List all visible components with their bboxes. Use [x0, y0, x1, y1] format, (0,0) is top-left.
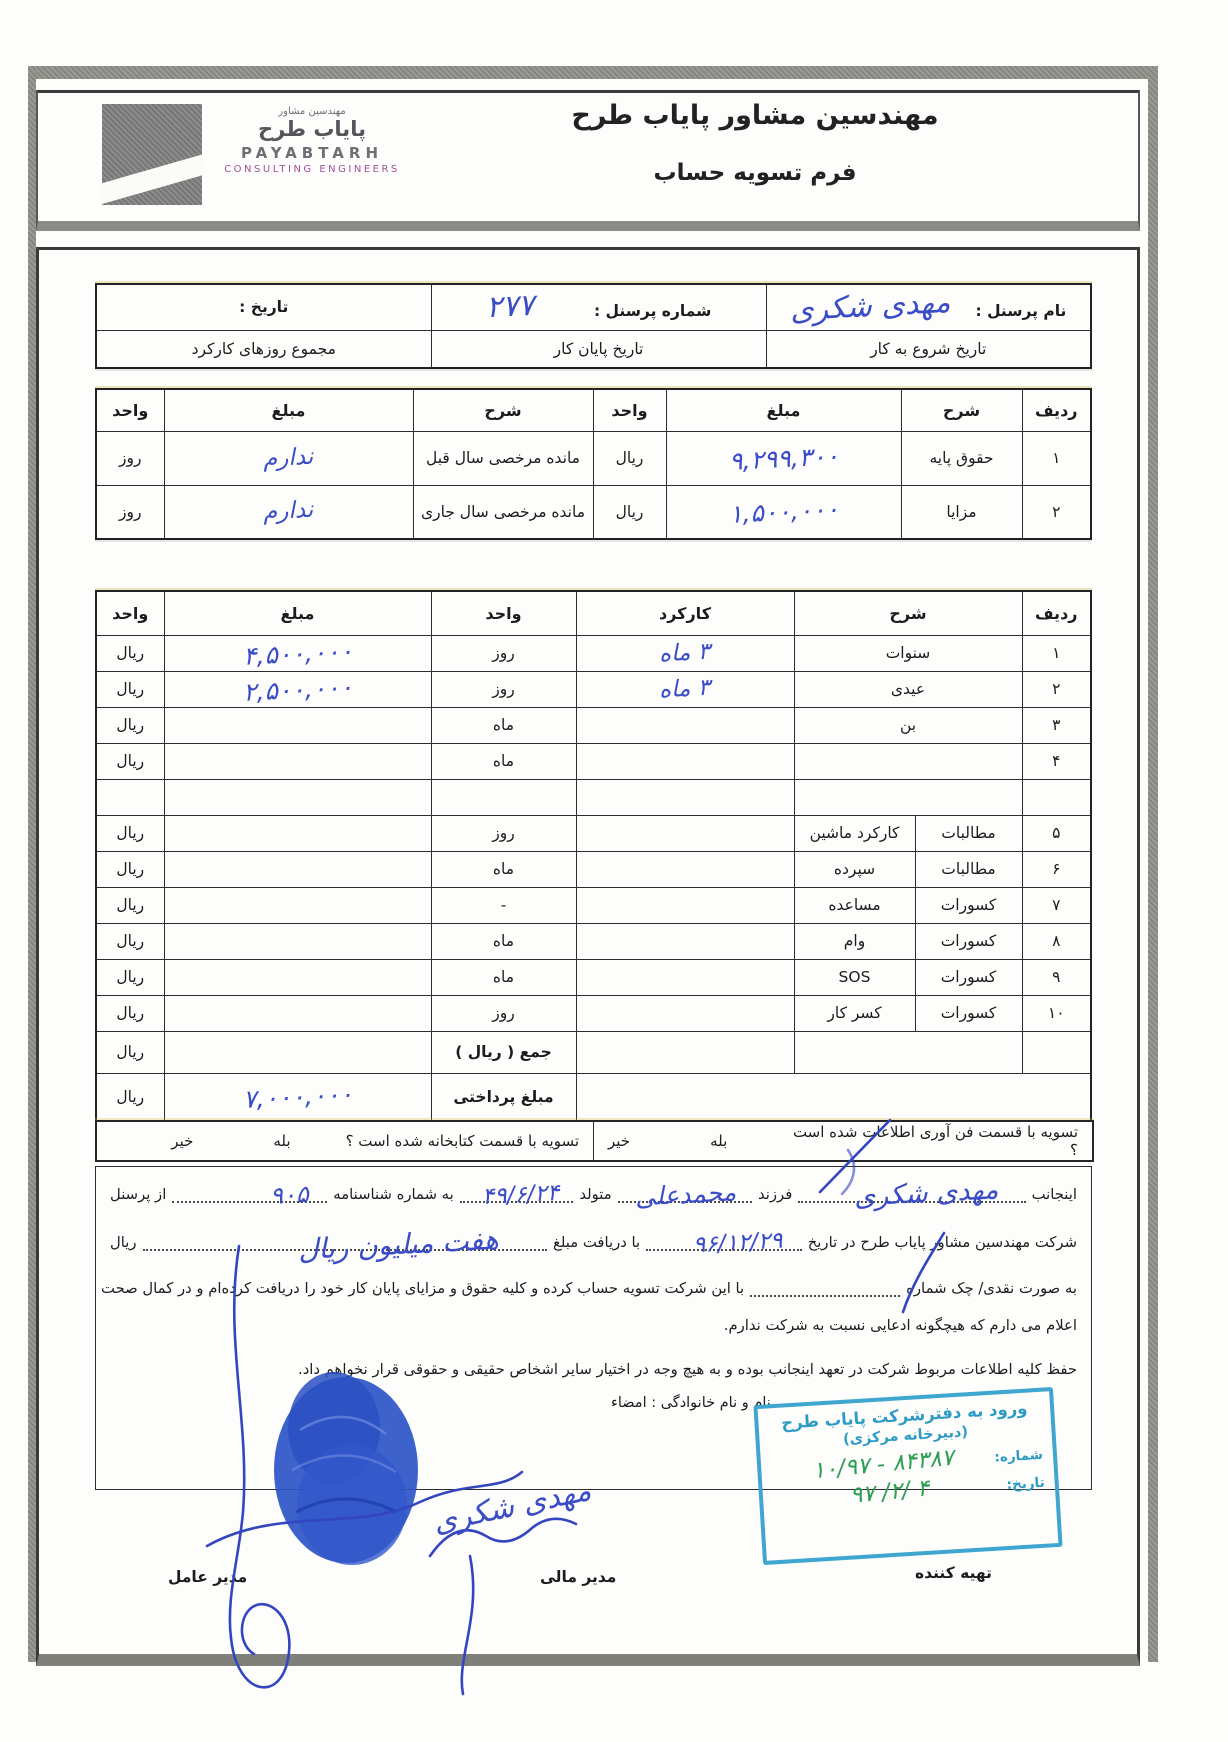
decl-cheque-blank — [750, 1279, 900, 1297]
decl-name-blank: مهدی شکری — [798, 1185, 1025, 1203]
personnel-number-label: شماره پرسنل : — [594, 302, 711, 320]
logo-stripe — [102, 151, 202, 205]
cell-item: بن — [794, 707, 1022, 743]
item-row-2: ۲ عیدی ۳ ماه روز ۲,۵۰۰,۰۰۰ ریال — [96, 671, 1091, 707]
personnel-row-1: نام پرسنل : مهدی شکری شماره پرسنل : ۲۷۷ … — [96, 284, 1091, 330]
cell-category: کسورات — [915, 887, 1022, 923]
cell-item — [794, 743, 1022, 779]
salary-h-row: ردیف — [1022, 389, 1091, 431]
cell-row-no: ۲ — [1022, 485, 1091, 539]
ceo-label: مدیر عامل — [168, 1568, 247, 1586]
cell-row-no: ۶ — [1022, 851, 1091, 887]
library-yes-option: بله — [273, 1132, 290, 1150]
it-no-option: خیر — [608, 1132, 630, 1150]
paid-amount-cell: ۷,۰۰۰,۰۰۰ — [164, 1073, 431, 1121]
scanned-settlement-form: مهندسین مشاور پایاب طرح PAYABTARH CONSUL… — [0, 0, 1228, 1742]
salary-h-amount2: مبلغ — [164, 389, 413, 431]
decl-l3-b: با این شرکت تسویه حساب کرده و کلیه حقوق … — [101, 1280, 744, 1297]
cell-desc2: مانده مرخصی سال قبل — [413, 431, 593, 485]
cell-work — [576, 779, 794, 815]
cell-category: مطالبات — [915, 851, 1022, 887]
decl-amount-handwriting: هفت میلیون ریال — [297, 1226, 499, 1264]
cell-unit2 — [96, 779, 164, 815]
cell-unit: روز — [431, 635, 576, 671]
declaration-line-1: اینجانب مهدی شکری فرزند محمدعلی متولد ۴۹… — [110, 1185, 1077, 1203]
cell-row-no: ۴ — [1022, 743, 1091, 779]
personnel-number-cell: شماره پرسنل : ۲۷۷ — [431, 284, 766, 330]
cell-row-no: ۸ — [1022, 923, 1091, 959]
leave-current-year-handwriting: ندارم — [263, 499, 314, 525]
office-entry-stamp: ورود به دفترشرکت پایاب طرح (دبیرخانه مرک… — [753, 1387, 1062, 1565]
item-row-spacer — [96, 779, 1091, 815]
cell-work: ۳ ماه — [576, 671, 794, 707]
signature-name-label: نام و نام خانوادگی : امضاء — [611, 1395, 771, 1411]
base-salary-amount-handwriting: ۹,۲۹۹,۳۰۰ — [728, 443, 839, 474]
cell-amount — [164, 815, 431, 851]
cell-unit: ماه — [431, 851, 576, 887]
cell-unit2: روز — [96, 485, 164, 539]
logo-fa-big: پایاب طرح — [212, 117, 412, 141]
cell-unit2: ریال — [96, 995, 164, 1031]
declaration-line-4: اعلام می دارم که هیچگونه ادعایی نسبت به … — [110, 1317, 1077, 1334]
cell-unit: ماه — [431, 743, 576, 779]
cell-unit2: ریال — [96, 851, 164, 887]
salary-h-desc2: شرح — [413, 389, 593, 431]
cell-amount — [164, 743, 431, 779]
personnel-info-table: نام پرسنل : مهدی شکری شماره پرسنل : ۲۷۷ … — [95, 283, 1092, 369]
cell-item — [794, 779, 1022, 815]
clearance-questions-row: تسویه با قسمت فن آوری اطلاعات شده است ؟ … — [95, 1120, 1094, 1162]
decl-l2-c: ریال — [110, 1234, 137, 1251]
logo-text-block: مهندسین مشاور پایاب طرح PAYABTARH CONSUL… — [212, 106, 412, 175]
stamp-date-label: تاریخ: — [1006, 1475, 1045, 1493]
cell-row-no: ۱۰ — [1022, 995, 1091, 1031]
decl-birth-handwriting: ۴۹/۶/۲۴ — [482, 1182, 560, 1209]
cell-unit: روز — [431, 671, 576, 707]
declaration-line-2: شرکت مهندسین مشاور پایاب طرح در تاریخ ۹۶… — [110, 1233, 1077, 1251]
scan-frame-right — [1148, 66, 1158, 1662]
cell-work — [576, 959, 794, 995]
cell-unit — [431, 779, 576, 815]
cell-item: SOS — [794, 959, 915, 995]
cell-row-no: ۹ — [1022, 959, 1091, 995]
item-row-10: ۱۰ کسورات کسر کار روز ریال — [96, 995, 1091, 1031]
stamp-number-label: شماره: — [994, 1447, 1043, 1466]
cell-desc2: مانده مرخصی سال جاری — [413, 485, 593, 539]
cell-category: مطالبات — [915, 815, 1022, 851]
cell-amount — [164, 887, 431, 923]
cell-unit: روز — [431, 995, 576, 1031]
cell-unit: ریال — [593, 485, 666, 539]
cell-unit2: ریال — [96, 743, 164, 779]
seniority-work-handwriting: ۳ ماه — [659, 640, 711, 666]
cell-row-no: ۱ — [1022, 431, 1091, 485]
salary-row-1: ۱ حقوق پایه ۹,۲۹۹,۳۰۰ ریال مانده مرخصی س… — [96, 431, 1091, 485]
company-logo-icon — [102, 104, 202, 205]
decl-date-blank: ۹۶/۱۲/۲۹ — [646, 1233, 802, 1251]
cell-amount — [164, 851, 431, 887]
it-yes-option: بله — [710, 1132, 727, 1150]
date-label: تاریخ : — [239, 298, 288, 316]
date-cell: تاریخ : — [96, 284, 431, 330]
cell-item: کارکرد ماشین — [794, 815, 915, 851]
salary-h-desc: شرح — [901, 389, 1022, 431]
cell-amount — [164, 995, 431, 1031]
decl-l3-a: به صورت نقدی/ چک شماره — [906, 1280, 1077, 1297]
end-date-cell: تاریخ پایان کار — [431, 330, 766, 368]
cell-amount: ۱,۵۰۰,۰۰۰ — [666, 485, 901, 539]
decl-amount-blank: هفت میلیون ریال — [143, 1233, 547, 1251]
decl-l1-c: متولد — [579, 1186, 611, 1203]
personnel-name-handwriting: مهدی شکری — [789, 288, 951, 326]
cell-unit2: ریال — [96, 635, 164, 671]
paid-row: مبلغ پرداختی ۷,۰۰۰,۰۰۰ ریال — [96, 1073, 1091, 1121]
logo-en-name: PAYABTARH — [212, 144, 412, 162]
cell-unit: ماه — [431, 959, 576, 995]
cell-work — [576, 995, 794, 1031]
cell-amount — [164, 779, 431, 815]
cell-unit: روز — [431, 815, 576, 851]
item-row-4: ۴ ماه ریال — [96, 743, 1091, 779]
cell-work — [576, 1031, 794, 1073]
cell-row-no: ۳ — [1022, 707, 1091, 743]
cell-category: کسورات — [915, 923, 1022, 959]
items-h-unit: واحد — [431, 591, 576, 635]
item-row-6: ۶ مطالبات سپرده ماه ریال — [96, 851, 1091, 887]
logo-en-tagline: CONSULTING ENGINEERS — [212, 164, 412, 175]
decl-l2-a: شرکت مهندسین مشاور پایاب طرح در تاریخ — [808, 1234, 1077, 1251]
cell-item: مساعده — [794, 887, 915, 923]
paid-unit-cell: ریال — [96, 1073, 164, 1121]
cell-amount — [164, 923, 431, 959]
cell-item: عیدی — [794, 671, 1022, 707]
paid-amount-handwriting: ۷,۰۰۰,۰۰۰ — [242, 1081, 353, 1112]
library-clearance-question: تسویه با قسمت کتابخانه شده است ؟ بله خیر — [97, 1122, 593, 1160]
leave-prev-year-handwriting: ندارم — [263, 445, 314, 471]
cell-item — [794, 1031, 1022, 1073]
cell-unit: ریال — [593, 431, 666, 485]
settlement-items-table: ردیف شرح کارکرد واحد مبلغ واحد ۱ سنوات ۳… — [95, 590, 1092, 1122]
stamp-date-handwriting: ۹۷ /۲/ ۴ — [849, 1475, 931, 1509]
personnel-name-label: نام پرسنل : — [975, 302, 1066, 320]
cell-category: کسورات — [915, 995, 1022, 1031]
scan-frame-left — [28, 66, 36, 1662]
cell-row-no: ۷ — [1022, 887, 1091, 923]
finance-manager-label: مدیر مالی — [540, 1568, 616, 1586]
cell-amount — [164, 707, 431, 743]
cell-work — [576, 887, 794, 923]
cell-work — [576, 707, 794, 743]
personnel-number-handwriting: ۲۷۷ — [485, 291, 535, 323]
scan-frame-top — [28, 66, 1158, 79]
start-date-cell: تاریخ شروع به کار — [766, 330, 1091, 368]
decl-id-blank: ۹۰۵ — [172, 1185, 327, 1203]
cell-item: سپرده — [794, 851, 915, 887]
cell-unit: - — [431, 887, 576, 923]
salary-h-amount: مبلغ — [666, 389, 901, 431]
cell-item: وام — [794, 923, 915, 959]
cell-amount2: ندارم — [164, 485, 413, 539]
cell-amount: ۴,۵۰۰,۰۰۰ — [164, 635, 431, 671]
decl-l1-e: از پرسنل — [110, 1186, 166, 1203]
logo-fa-small: مهندسین مشاور — [212, 106, 412, 117]
eydi-work-handwriting: ۳ ماه — [659, 676, 711, 702]
cell-row-no: ۲ — [1022, 671, 1091, 707]
cell-work — [576, 923, 794, 959]
items-h-unit2: واحد — [96, 591, 164, 635]
document-title: مهندسین مشاور پایاب طرح — [555, 100, 955, 131]
decl-birth-blank: ۴۹/۶/۲۴ — [460, 1185, 574, 1203]
sum-unit-cell: ریال — [96, 1031, 164, 1073]
cell-item: کسر کار — [794, 995, 915, 1031]
cell-row-no — [1022, 779, 1091, 815]
salary-h-unit: واحد — [593, 389, 666, 431]
item-row-8: ۸ کسورات وام ماه ریال — [96, 923, 1091, 959]
salary-table: ردیف شرح مبلغ واحد شرح مبلغ واحد ۱ حقوق … — [95, 388, 1092, 540]
cell-work — [576, 743, 794, 779]
eydi-amount-handwriting: ۲,۵۰۰,۰۰۰ — [242, 674, 353, 705]
salary-header-row: ردیف شرح مبلغ واحد شرح مبلغ واحد — [96, 389, 1091, 431]
item-row-1: ۱ سنوات ۳ ماه روز ۴,۵۰۰,۰۰۰ ریال — [96, 635, 1091, 671]
library-no-option: خیر — [171, 1132, 193, 1150]
cell-unit2: ریال — [96, 671, 164, 707]
decl-l2-b: با دریافت مبلغ — [553, 1234, 640, 1251]
cell-unit2: ریال — [96, 815, 164, 851]
cell-unit2: ریال — [96, 959, 164, 995]
item-row-7: ۷ کسورات مساعده - ریال — [96, 887, 1091, 923]
cell-amount: ۲,۵۰۰,۰۰۰ — [164, 671, 431, 707]
decl-date-handwriting: ۹۶/۱۲/۲۹ — [693, 1230, 784, 1258]
decl-l1-d: به شماره شناسنامه — [333, 1186, 453, 1203]
cell-unit: ماه — [431, 923, 576, 959]
cell-unit2: ریال — [96, 707, 164, 743]
personnel-row-2: تاریخ شروع به کار تاریخ پایان کار مجموع … — [96, 330, 1091, 368]
cell-unit2: ریال — [96, 887, 164, 923]
cell-category: کسورات — [915, 959, 1022, 995]
items-header-row: ردیف شرح کارکرد واحد مبلغ واحد — [96, 591, 1091, 635]
it-question-text: تسویه با قسمت فن آوری اطلاعات شده است ؟ — [782, 1123, 1078, 1159]
items-h-work: کارکرد — [576, 591, 794, 635]
salary-row-2: ۲ مزایا ۱,۵۰۰,۰۰۰ ریال مانده مرخصی سال ج… — [96, 485, 1091, 539]
cell-desc: حقوق پایه — [901, 431, 1022, 485]
item-row-3: ۳ بن ماه ریال — [96, 707, 1091, 743]
item-row-5: ۵ مطالبات کارکرد ماشین روز ریال — [96, 815, 1091, 851]
paid-label-cell: مبلغ پرداختی — [431, 1073, 576, 1121]
cell-amount: ۹,۲۹۹,۳۰۰ — [666, 431, 901, 485]
paid-empty-cell — [576, 1073, 1091, 1121]
cell-unit: ماه — [431, 707, 576, 743]
decl-id-handwriting: ۹۰۵ — [269, 1182, 309, 1208]
cell-unit2: روز — [96, 431, 164, 485]
benefits-amount-handwriting: ۱,۵۰۰,۰۰۰ — [728, 496, 839, 527]
item-row-9: ۹ کسورات SOS ماه ریال — [96, 959, 1091, 995]
declaration-line-3: به صورت نقدی/ چک شماره با این شرکت تسویه… — [110, 1279, 1077, 1297]
cell-row-no — [1022, 1031, 1091, 1073]
cell-desc: مزایا — [901, 485, 1022, 539]
decl-l1-a: اینجانب — [1032, 1186, 1077, 1203]
cell-amount — [164, 1031, 431, 1073]
items-h-amount: مبلغ — [164, 591, 431, 635]
salary-h-unit2: واحد — [96, 389, 164, 431]
personnel-name-cell: نام پرسنل : مهدی شکری — [766, 284, 1091, 330]
sum-label-cell: جمع ( ریال ) — [431, 1031, 576, 1073]
items-h-desc: شرح — [794, 591, 1022, 635]
cell-unit2: ریال — [96, 923, 164, 959]
cell-row-no: ۱ — [1022, 635, 1091, 671]
cell-row-no: ۵ — [1022, 815, 1091, 851]
preparer-label: تهیه کننده — [915, 1564, 992, 1582]
items-h-row: ردیف — [1022, 591, 1091, 635]
cell-work — [576, 851, 794, 887]
decl-l1-b: فرزند — [758, 1186, 792, 1203]
seniority-amount-handwriting: ۴,۵۰۰,۰۰۰ — [242, 638, 353, 669]
decl-father-handwriting: محمدعلی — [634, 1179, 736, 1209]
it-clearance-question: تسویه با قسمت فن آوری اطلاعات شده است ؟ … — [593, 1122, 1092, 1160]
declaration-line-5: حفظ کلیه اطلاعات مربوط شرکت در تعهد اینج… — [110, 1361, 1077, 1378]
decl-name-handwriting: مهدی شکری — [853, 1176, 999, 1211]
sum-row: جمع ( ریال ) ریال — [96, 1031, 1091, 1073]
document-subtitle: فرم تسویه حساب — [555, 160, 955, 186]
cell-amount2: ندارم — [164, 431, 413, 485]
cell-work: ۳ ماه — [576, 635, 794, 671]
cell-item: سنوات — [794, 635, 1022, 671]
library-question-text: تسویه با قسمت کتابخانه شده است ؟ — [346, 1132, 579, 1150]
total-days-cell: مجموع روزهای کارکرد — [96, 330, 431, 368]
decl-father-blank: محمدعلی — [618, 1185, 752, 1203]
cell-amount — [164, 959, 431, 995]
cell-work — [576, 815, 794, 851]
